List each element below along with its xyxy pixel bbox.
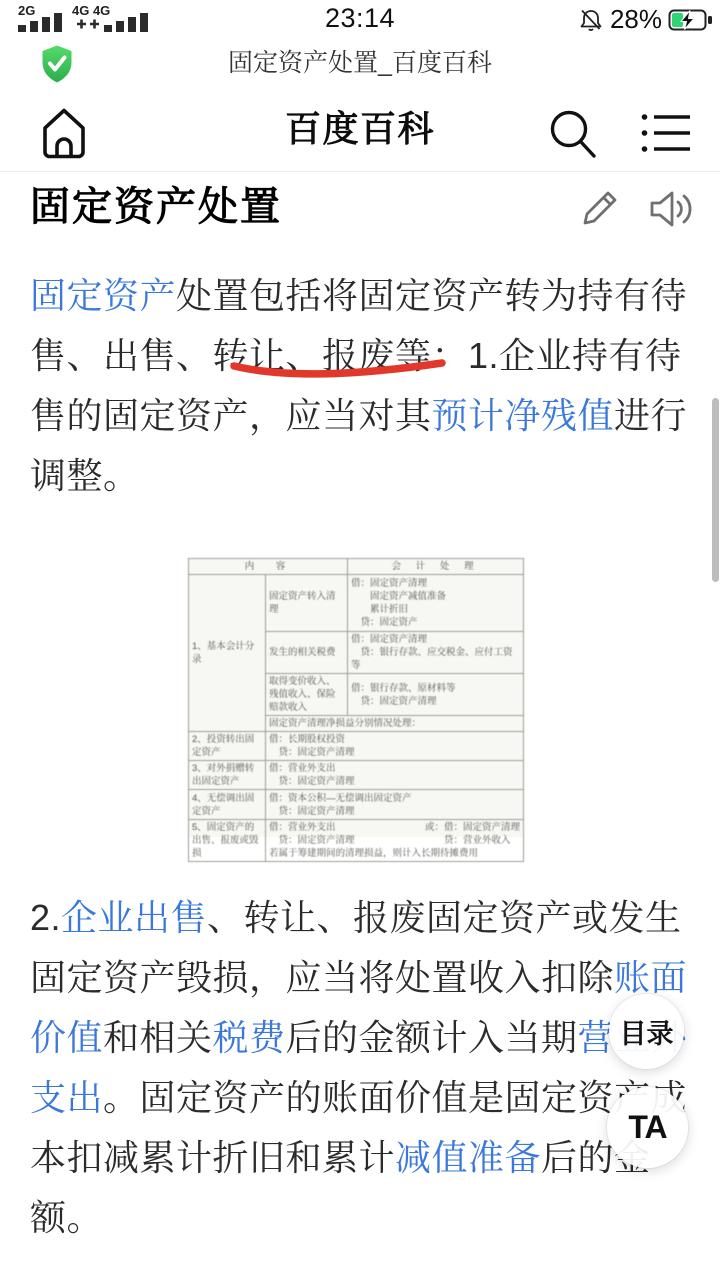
p2-line2: 固定资产毁损，应当将处置收入扣除账面: [30, 948, 687, 1008]
table-cell: 借：固定资产清理 贷：银行存款、应交税金、应付工资等: [348, 632, 524, 674]
notifications-muted-icon: [578, 7, 604, 33]
speaker-tts-icon[interactable]: [646, 186, 698, 232]
table-cell: 2、投资转出固定资产: [189, 732, 266, 761]
table-cell: 5、固定资产的出售、报废或毁损: [189, 820, 266, 862]
table-header-content: 内 容: [189, 559, 348, 575]
table-cell: 发生的相关税费: [266, 632, 348, 674]
accounting-table-image[interactable]: 内 容 会 计 处 理 1、基本会计分录 固定资产转入清理 借：固定资产清理 固…: [188, 558, 523, 837]
paragraph-2: 2.企业出售、转让、报废固定资产或发生 固定资产毁损，应当将处置收入扣除账面 价…: [30, 888, 687, 1248]
table-header-treatment: 会 计 处 理: [348, 559, 524, 575]
p2-line6: 额。: [30, 1188, 687, 1248]
table-cell: 借：长期股权投资 贷：固定资产清理: [266, 732, 524, 761]
toc-list-icon[interactable]: [640, 112, 692, 154]
link-enterprise-sale[interactable]: 企业出售: [61, 897, 207, 938]
p2-line1: 2.企业出售、转让、报废固定资产或发生: [30, 888, 687, 948]
table-cell: 固定资产转入清理: [266, 575, 348, 632]
table-cell: 3、对外捐赠转出固定资产: [189, 761, 266, 790]
link-estimated-net-residual[interactable]: 预计净残值: [432, 395, 615, 436]
accounting-table: 内 容 会 计 处 理 1、基本会计分录 固定资产转入清理 借：固定资产清理 固…: [188, 558, 524, 862]
paragraph-1: 固定资产处置包括将固定资产转为持有待 售、出售、转让、报废等：1.企业持有待 售…: [30, 266, 687, 506]
p2-line5: 本扣减累计折旧和累计减值准备后的金: [30, 1128, 687, 1188]
table-cell: 4、无偿调出固定资产: [189, 790, 266, 820]
scrollbar-thumb[interactable]: [712, 398, 719, 582]
p1-line1: 固定资产处置包括将固定资产转为持有待: [30, 266, 687, 326]
browser-address-bar[interactable]: 固定资产处置_百度百科: [0, 36, 720, 90]
table-cell: 借：营业外支出 贷：固定资产清理: [266, 761, 524, 790]
p1-line2: 售、出售、转让、报废等：1.企业持有待: [30, 326, 687, 386]
p2-line4: 支出。固定资产的账面价值是固定资产成: [30, 1068, 687, 1128]
ta-floating-button[interactable]: TA: [607, 1087, 688, 1168]
battery-percent: 28%: [610, 4, 662, 35]
p1-line3: 售的固定资产，应当对其预计净残值进行: [30, 386, 687, 446]
app-header: 百度百科: [0, 90, 720, 172]
battery-charging-icon: [668, 9, 714, 31]
screen: 2G 4G 4G 23:14 28%: [0, 0, 720, 1280]
ta-button-label: TA: [628, 1109, 666, 1146]
table-cell: 固定资产清理净损益分别情况处理：: [266, 716, 524, 732]
edit-pencil-icon[interactable]: [578, 186, 622, 230]
app-title: 百度百科: [0, 90, 720, 171]
p2-line3: 价值和相关税费后的金额计入当期营业外: [30, 1008, 687, 1068]
table-cell: 借：固定资产清理 固定资产减值准备 累计折旧 贷：固定资产: [348, 575, 524, 632]
search-icon[interactable]: [548, 109, 604, 161]
link-impairment-provision[interactable]: 减值准备: [395, 1137, 541, 1178]
link-fixed-assets[interactable]: 固定资产: [30, 275, 176, 316]
page-title: 固定资产处置: [30, 175, 282, 232]
link-nonoperating-2[interactable]: 支出: [30, 1077, 103, 1118]
link-taxes[interactable]: 税费: [213, 1017, 286, 1058]
status-bar: 2G 4G 4G 23:14 28%: [0, 0, 720, 36]
link-book-value-2[interactable]: 价值: [30, 1017, 103, 1058]
table-cell: 借：银行存款、原材料等 贷：固定资产清理: [348, 674, 524, 716]
table-cell: 借：营业外支出 贷：固定资产清理 或：借：固定资产清理 贷：营业外收入 若属于筹…: [266, 820, 524, 862]
link-book-value-1[interactable]: 账面: [614, 957, 687, 998]
toc-button-label: 目录: [620, 1012, 674, 1051]
table-cell: 1、基本会计分录: [189, 575, 266, 732]
table-cell: 借：资本公积—无偿调出固定资产 贷：固定资产清理: [266, 790, 524, 820]
p1-line4: 调整。: [30, 446, 687, 506]
browser-page-title: 固定资产处置_百度百科: [0, 36, 720, 90]
toc-floating-button[interactable]: 目录: [609, 994, 684, 1069]
table-cell: 取得变价收入、残值收入、保险赔款收入: [266, 674, 348, 716]
